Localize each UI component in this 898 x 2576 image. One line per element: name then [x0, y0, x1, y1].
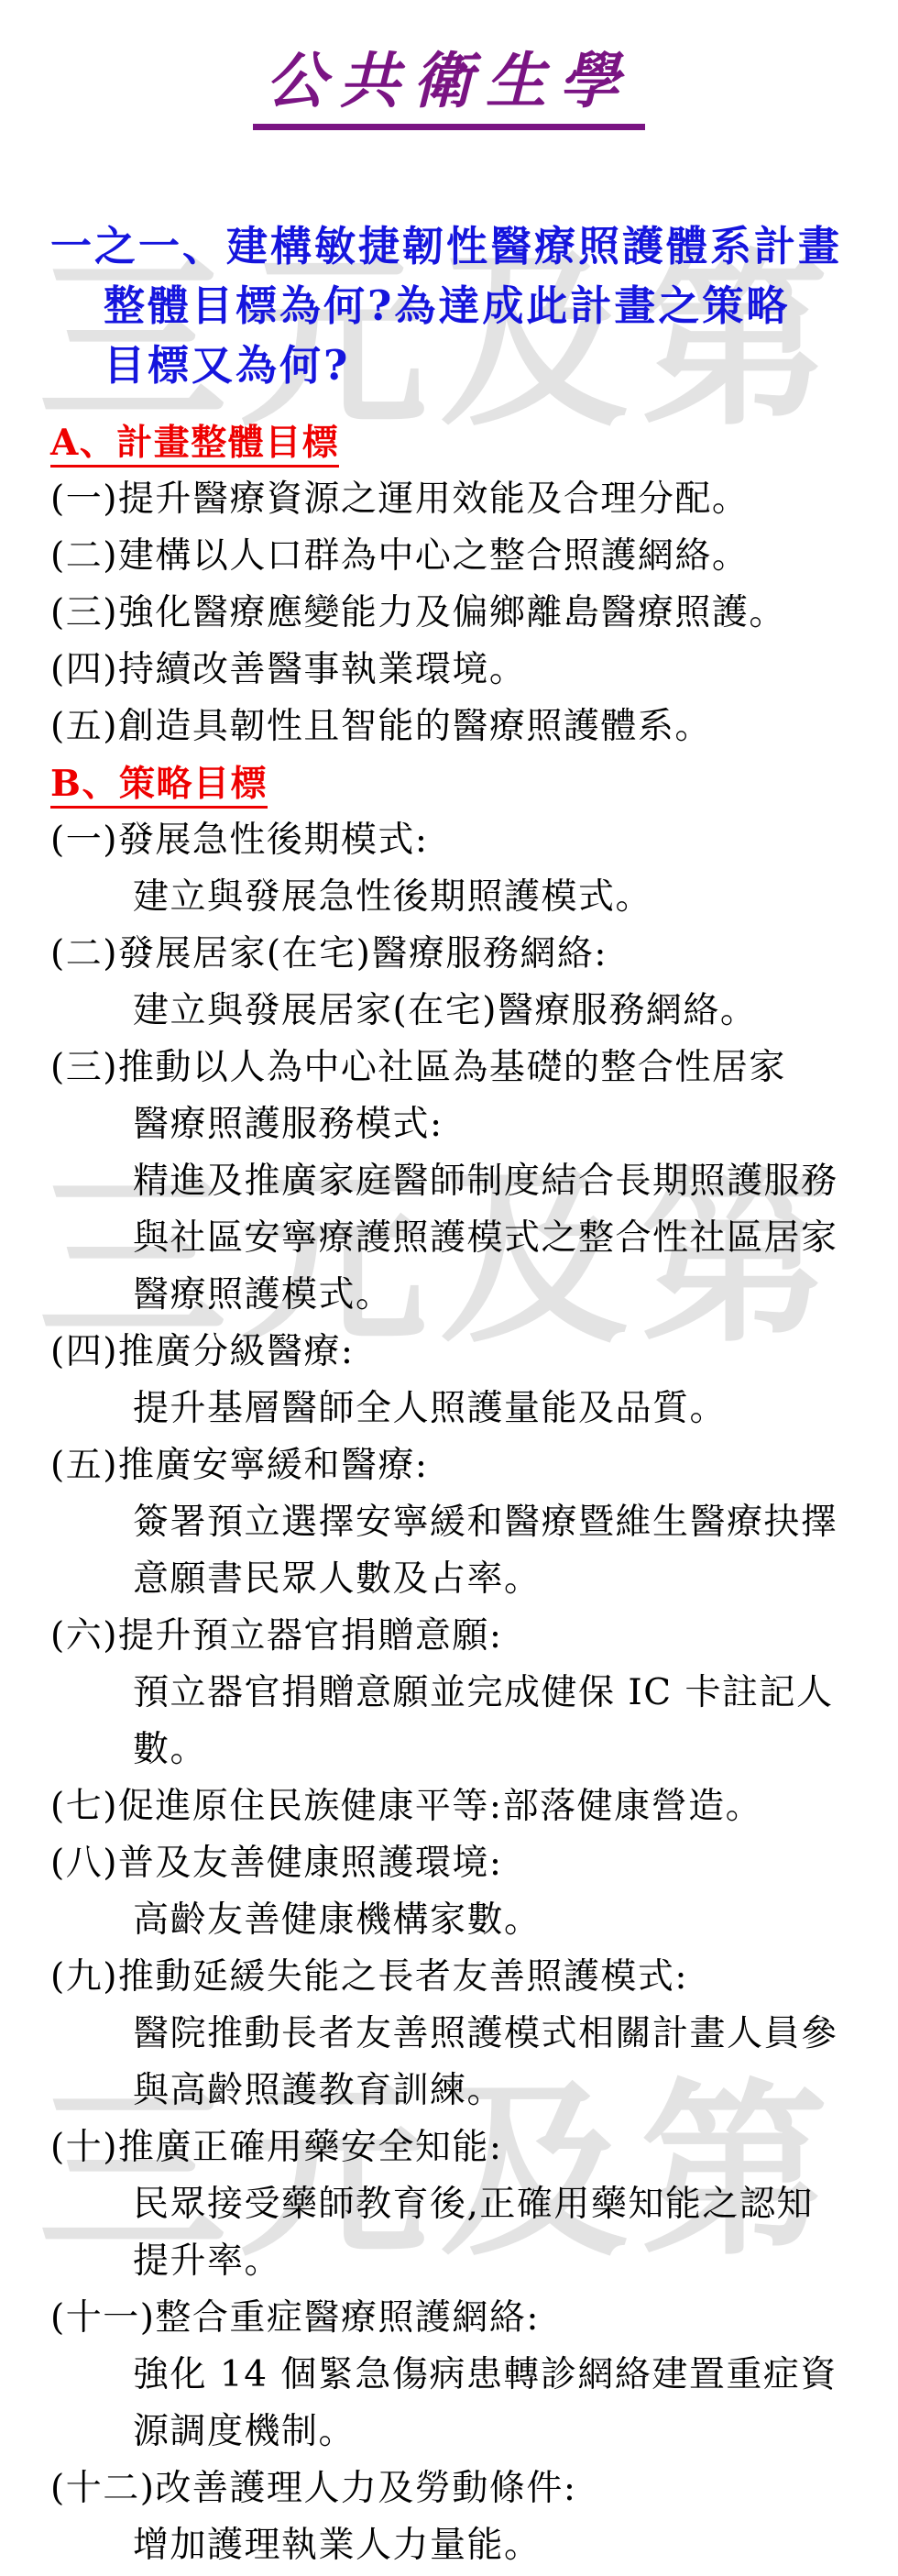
list-item-continuation: 建立與發展居家(在宅)醫療服務網絡。 — [50, 983, 891, 1040]
list-item: (十一)整合重症醫療照護網絡: — [50, 2290, 891, 2347]
list-item: (九)推動延緩失能之長者友善照護模式: — [50, 1949, 891, 2006]
line-text: 數。 — [133, 1729, 207, 1770]
list-item: (四)持續改善醫事執業環境。 — [50, 642, 891, 699]
list-item-continuation: 民眾接受藥師教育後,正確用藥知能之認知 — [50, 2176, 891, 2233]
list-item-continuation: 增加護理執業人力量能。 — [50, 2517, 891, 2574]
list-item: (七)促進原住民族健康平等:部落健康營造。 — [50, 1778, 891, 1835]
list-item: (十二)改善護理人力及勞動條件: — [50, 2460, 891, 2517]
list-item: (二)發展居家(在宅)醫療服務網絡: — [50, 926, 891, 983]
line-text: 建立與發展居家(在宅)醫療服務網絡。 — [133, 990, 757, 1031]
list-item-continuation: 源調度機制。 — [50, 2404, 891, 2460]
list-item-continuation: 醫療照護模式。 — [50, 1267, 891, 1324]
line-text: (一)提升醫療資源之運用效能及合理分配。 — [50, 479, 749, 520]
document-page: 三元及第 三元及第 三元及第 公共衛生學 一之一、建構敏捷韌性醫療照護體系計畫 … — [0, 0, 898, 2576]
list-item-continuation: 高齡友善健康機構家數。 — [50, 1892, 891, 1949]
list-item-continuation: 預立器官捐贈意願並完成健保 IC 卡註記人 — [50, 1665, 891, 1722]
line-text: 與社區安寧療護照護模式之整合性社區居家 — [133, 1217, 838, 1259]
line-text: 建立與發展急性後期照護模式。 — [133, 876, 652, 918]
list-item: (三)推動以人為中心社區為基礎的整合性居家 — [50, 1040, 891, 1096]
content: A、計畫整體目標(一)提升醫療資源之運用效能及合理分配。(二)建構以人口群為中心… — [50, 414, 891, 2574]
list-item: (三)強化醫療應變能力及偏鄉離島醫療照護。 — [50, 585, 891, 642]
line-text: B、策略目標 — [50, 763, 268, 809]
question-line: 整體目標為何?為達成此計畫之策略 — [50, 276, 889, 336]
line-text: 高齡友善健康機構家數。 — [133, 1899, 542, 1941]
list-item-continuation: 醫院推動長者友善照護模式相關計畫人員參 — [50, 2006, 891, 2063]
list-item-continuation: 強化 14 個緊急傷病患轉診網絡建置重症資 — [50, 2347, 891, 2404]
list-item: (五)推廣安寧緩和醫療: — [50, 1437, 891, 1494]
list-item: (一)提升醫療資源之運用效能及合理分配。 — [50, 471, 891, 528]
section-heading: B、策略目標 — [50, 755, 891, 812]
line-text: 與高齡照護教育訓練。 — [133, 2070, 504, 2111]
line-text: 增加護理執業人力量能。 — [133, 2525, 542, 2566]
line-text: (十二)改善護理人力及勞動條件: — [50, 2468, 577, 2509]
list-item: (二)建構以人口群為中心之整合照護網絡。 — [50, 528, 891, 585]
line-text: (二)建構以人口群為中心之整合照護網絡。 — [50, 535, 749, 577]
line-text: (十一)整合重症醫療照護網絡: — [50, 2297, 540, 2339]
list-item-continuation: 醫療照護服務模式: — [50, 1096, 891, 1153]
line-text: (十)推廣正確用藥安全知能: — [50, 2127, 503, 2168]
title-area: 公共衛生學 — [0, 48, 898, 130]
line-text: (五)推廣安寧緩和醫療: — [50, 1445, 429, 1486]
list-item: (六)提升預立器官捐贈意願: — [50, 1608, 891, 1665]
line-text: (九)推動延緩失能之長者友善照護模式: — [50, 1956, 688, 1998]
list-item-continuation: 建立與發展急性後期照護模式。 — [50, 869, 891, 926]
line-text: 強化 14 個緊急傷病患轉診網絡建置重症資 — [133, 2354, 838, 2395]
line-text: 預立器官捐贈意願並完成健保 IC 卡註記人 — [133, 1672, 834, 1713]
list-item-continuation: 提升率。 — [50, 2233, 891, 2290]
list-item-continuation: 數。 — [50, 1722, 891, 1778]
question-heading: 一之一、建構敏捷韌性醫療照護體系計畫 整體目標為何?為達成此計畫之策略 目標又為… — [50, 216, 889, 395]
section-heading: A、計畫整體目標 — [50, 414, 891, 471]
line-text: (二)發展居家(在宅)醫療服務網絡: — [50, 933, 608, 974]
line-text: 提升基層醫師全人照護量能及品質。 — [133, 1388, 727, 1429]
line-text: (一)發展急性後期模式: — [50, 820, 429, 861]
line-text: (七)促進原住民族健康平等:部落健康營造。 — [50, 1786, 762, 1827]
line-text: A、計畫整體目標 — [50, 422, 339, 468]
line-text: (四)推廣分級醫療: — [50, 1331, 355, 1372]
line-text: (四)持續改善醫事執業環境。 — [50, 649, 526, 690]
list-item: (八)普及友善健康照護環境: — [50, 1835, 891, 1892]
question-line: 一之一、建構敏捷韌性醫療照護體系計畫 — [50, 216, 889, 276]
list-item: (五)創造具韌性且智能的醫療照護體系。 — [50, 699, 891, 755]
list-item-continuation: 提升基層醫師全人照護量能及品質。 — [50, 1381, 891, 1437]
list-item: (一)發展急性後期模式: — [50, 812, 891, 869]
list-item-continuation: 意願書民眾人數及占率。 — [50, 1551, 891, 1608]
list-item-continuation: 與社區安寧療護照護模式之整合性社區居家 — [50, 1210, 891, 1267]
line-text: (八)普及友善健康照護環境: — [50, 1843, 503, 1884]
line-text: 醫療照護服務模式: — [133, 1104, 444, 1145]
line-text: 民眾接受藥師教育後,正確用藥知能之認知 — [133, 2184, 814, 2225]
line-text: 醫院推動長者友善照護模式相關計畫人員參 — [133, 2013, 838, 2054]
line-text: 意願書民眾人數及占率。 — [133, 1558, 542, 1600]
line-text: 簽署預立選擇安寧緩和醫療暨維生醫療抉擇 — [133, 1502, 838, 1543]
question-line: 目標又為何? — [50, 336, 889, 395]
line-text: (三)強化醫療應變能力及偏鄉離島醫療照護。 — [50, 592, 786, 633]
line-text: (三)推動以人為中心社區為基礎的整合性居家 — [50, 1047, 786, 1088]
line-text: 源調度機制。 — [133, 2411, 356, 2452]
list-item-continuation: 與高齡照護教育訓練。 — [50, 2063, 891, 2119]
list-item: (十)推廣正確用藥安全知能: — [50, 2119, 891, 2176]
page-title: 公共衛生學 — [253, 48, 645, 130]
line-text: 精進及推廣家庭醫師制度結合長期照護服務 — [133, 1161, 838, 1202]
list-item-continuation: 簽署預立選擇安寧緩和醫療暨維生醫療抉擇 — [50, 1494, 891, 1551]
line-text: 提升率。 — [133, 2240, 281, 2282]
line-text: 醫療照護模式。 — [133, 1274, 393, 1316]
list-item: (四)推廣分級醫療: — [50, 1324, 891, 1381]
line-text: (五)創造具韌性且智能的醫療照護體系。 — [50, 706, 712, 747]
list-item-continuation: 精進及推廣家庭醫師制度結合長期照護服務 — [50, 1153, 891, 1210]
line-text: (六)提升預立器官捐贈意願: — [50, 1615, 503, 1657]
